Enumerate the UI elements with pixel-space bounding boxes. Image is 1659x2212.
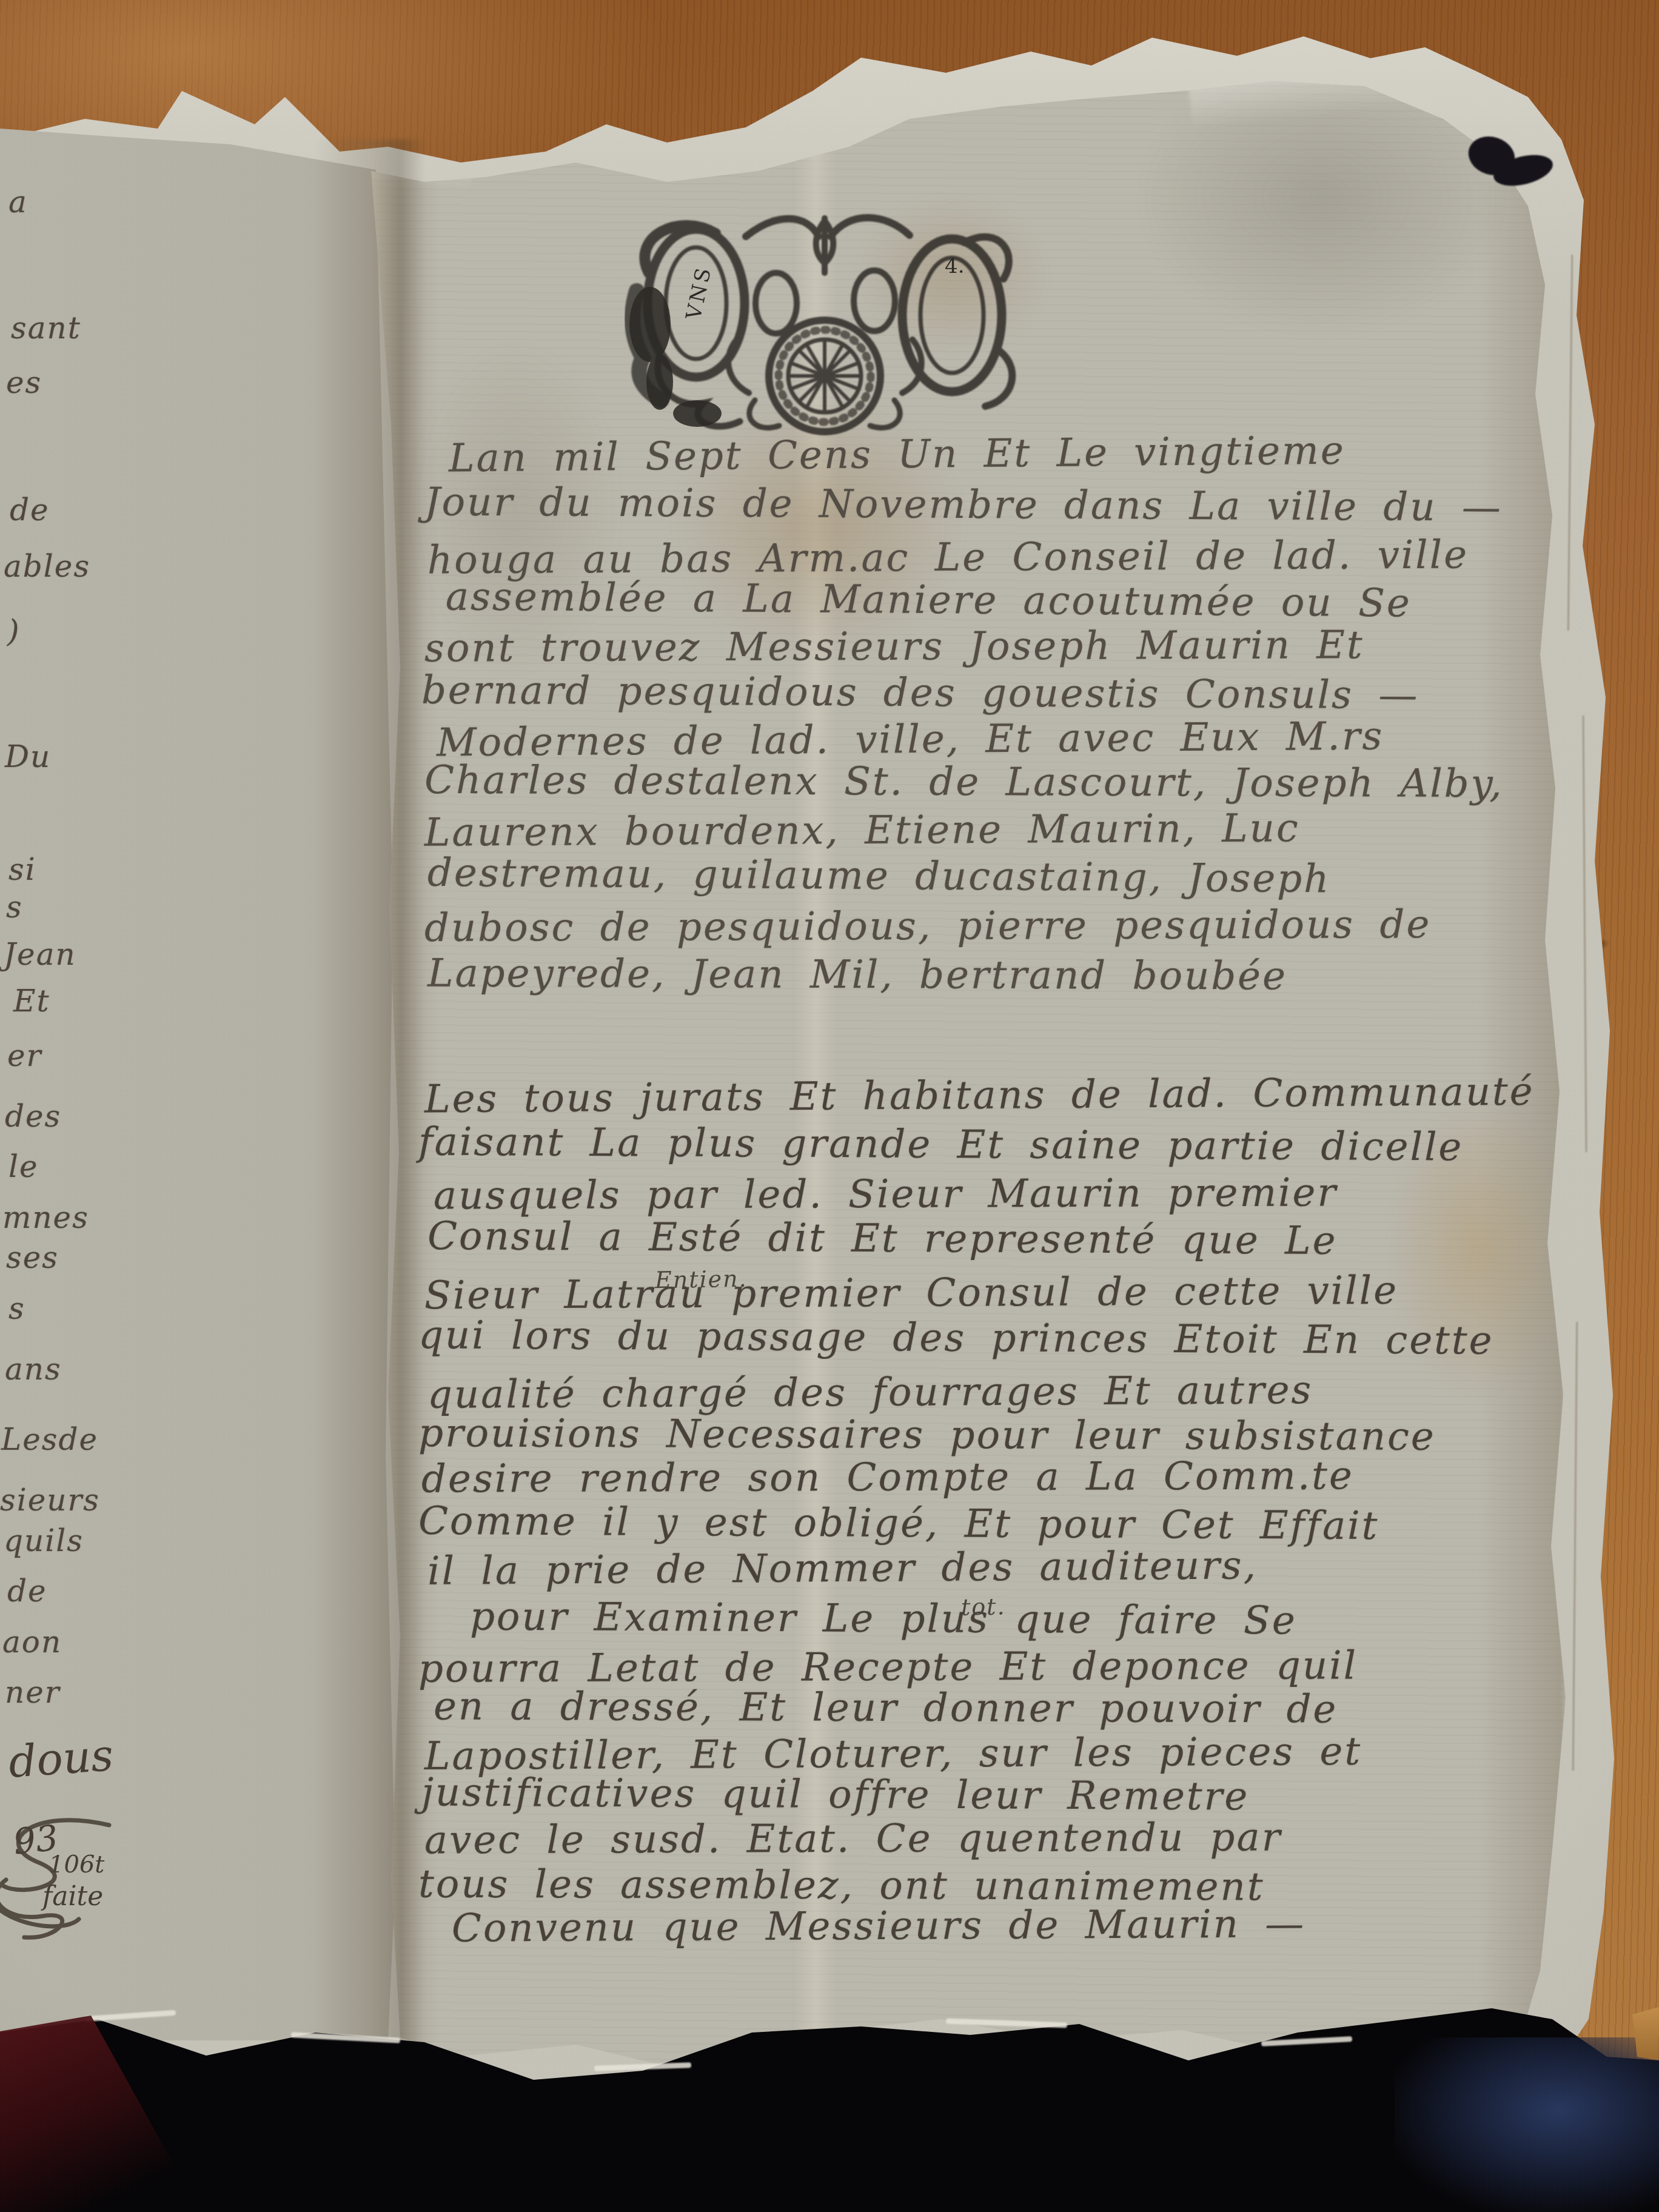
manuscript-line: Laurenx bourdenx, Etiene Maurin, Luc xyxy=(424,809,1300,853)
margin-fragment: aon xyxy=(2,1624,62,1660)
manuscript-line: qui lors du passage des princes Etoit En… xyxy=(418,1316,1494,1360)
manuscript-line: desire rendre son Compte a La Comm.te xyxy=(421,1456,1354,1498)
manuscript-line: sont trouvez Messieurs Joseph Maurin Et xyxy=(424,626,1364,668)
margin-fragment: ner xyxy=(5,1675,61,1710)
manuscript-line: en a dressé, Et leur donner pouvoir de xyxy=(434,1687,1338,1729)
manuscript-line: Convenu que Messieurs de Maurin — xyxy=(452,1905,1305,1948)
manuscript-line: il la prie de Nommer des auditeurs, xyxy=(427,1546,1258,1591)
margin-fragment: sant xyxy=(11,310,81,346)
manuscript-line: faisant La plus grande Et saine partie d… xyxy=(418,1122,1464,1167)
margin-fragment: Et xyxy=(13,984,50,1019)
margin-fragment: a xyxy=(8,184,28,220)
manuscript-line: prouisions Necessaires pour leur subsist… xyxy=(418,1414,1436,1456)
margin-fragment: ans xyxy=(5,1352,62,1387)
manuscript-line: pour Examiner Le plus que faire Se xyxy=(470,1597,1297,1640)
manuscript-line: Modernes de lad. ville, Et avec Eux M.rs xyxy=(437,717,1384,763)
manuscript-line: qualité chargé des fourrages Et autres xyxy=(427,1371,1313,1415)
margin-fragment: s xyxy=(6,890,23,925)
manuscript-line: bernard pesquidous des gouestis Consuls … xyxy=(421,671,1419,716)
margin-fragment: le xyxy=(8,1149,39,1184)
photo-of-manuscript-on-desk: VNS 4. Lan mil Sept Cens Un Et Le vingti… xyxy=(0,0,1659,2212)
manuscript-line: Comme il y est obligé, Et pour Cet Effai… xyxy=(418,1502,1379,1546)
margin-fragment: quils xyxy=(4,1523,84,1558)
manuscript-line: Consul a Esté dit Et representé que Le xyxy=(427,1217,1338,1261)
margin-fragment: ses xyxy=(6,1240,59,1275)
manuscript-line: Charles destalenx St. de Lascourt, Josep… xyxy=(424,761,1504,803)
margin-fragment: de xyxy=(7,1574,47,1609)
manuscript-line: dubosc de pesquidous, pierre pesquidous … xyxy=(424,905,1432,948)
margin-fragment: er xyxy=(7,1038,42,1073)
signature-paraph xyxy=(0,1807,133,1952)
margin-fragment: ables xyxy=(4,549,90,584)
stamp-motto: VNS xyxy=(682,264,717,323)
manuscript-line: houga au bas Arm.ac Le Conseil de lad. v… xyxy=(427,536,1469,580)
manuscript-line: assemblée a La Maniere acoutumée ou Se xyxy=(446,577,1412,623)
margin-fragment: Lesde xyxy=(1,1422,98,1457)
manuscript-line: tous les assemblez, ont unanimement xyxy=(418,1865,1265,1907)
margin-fragment: s xyxy=(8,1291,25,1326)
manuscript-line: Lapeyrede, Jean Mil, bertrand boubée xyxy=(427,954,1287,996)
margin-fragment: Du xyxy=(5,739,51,774)
manuscript-line: Lapostiller, Et Cloturer, sur les pieces… xyxy=(424,1732,1362,1776)
stamp-mark: 4. xyxy=(945,254,964,278)
margin-note: dous xyxy=(7,1729,115,1788)
manuscript-line: Jour du mois de Novembre dans La ville d… xyxy=(424,483,1503,527)
margin-fragment: si xyxy=(8,852,36,887)
margin-fragment: des xyxy=(5,1099,61,1134)
blue-object-under-desk xyxy=(1395,2037,1659,2212)
margin-fragment: ) xyxy=(7,614,21,649)
manuscript-line: Lan mil Sept Cens Un Et Le vingtieme xyxy=(449,432,1346,478)
margin-fragment: Jean xyxy=(4,937,76,972)
fiscal-stamp: VNS 4. xyxy=(625,200,1025,443)
margin-fragment: sieurs xyxy=(0,1483,100,1518)
manuscript-line: destremau, guilaume ducastaing, Joseph xyxy=(427,854,1331,899)
manuscript-line: justificatives quil offre leur Remetre xyxy=(421,1773,1249,1816)
gutter-shadow xyxy=(315,139,424,2043)
manuscript-line: Sieur Latrau premier Consul de cette vil… xyxy=(424,1272,1398,1315)
manuscript-line: pourra Letat de Recepte Et deponce quil xyxy=(418,1646,1358,1688)
margin-fragment: es xyxy=(6,365,42,400)
manuscript-line: Les tous jurats Et habitans de lad. Comm… xyxy=(424,1073,1535,1119)
manuscript-line: ausquels par led. Sieur Maurin premier xyxy=(434,1173,1338,1215)
margin-fragment: de xyxy=(10,492,50,528)
margin-fragment: mnes xyxy=(2,1200,89,1235)
manuscript-line: avec le susd. Etat. Ce quentendu par xyxy=(424,1818,1282,1860)
